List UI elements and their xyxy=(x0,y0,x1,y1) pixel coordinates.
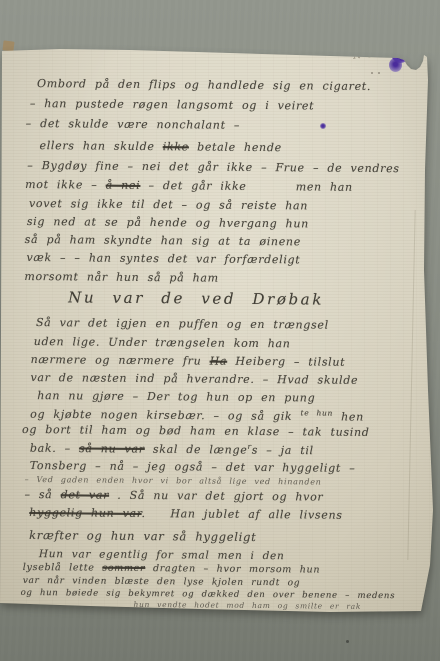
handwritten-text: te hun xyxy=(301,408,334,417)
handwritten-text: vovet sig ikke til det – og så reiste ha… xyxy=(29,197,308,212)
manuscript-line: var de næsten ind på hverandre. – Hvad s… xyxy=(30,371,358,387)
manuscript-line: Nu var de ved Drøbak xyxy=(68,288,324,308)
handwritten-text: – det skulde være nonchalant – xyxy=(26,117,241,132)
manuscript-line: og hun bøiede sig bekymret og dækked den… xyxy=(21,588,396,601)
handwritten-text: – Bygdøy fine – nei det går ikke – Frue … xyxy=(27,159,399,175)
handwritten-text: hen xyxy=(333,410,364,423)
struck-text: hyggelig hun var xyxy=(29,506,141,520)
handwritten-text: så på ham skyndte han sig at ta øinene xyxy=(25,233,301,248)
paper-sheet: N 575 Ombord på den flips og handlede si… xyxy=(0,0,440,661)
manuscript-line: Ombord på den flips og handlede sig en c… xyxy=(37,77,371,93)
handwritten-text: skal de længe xyxy=(145,443,248,457)
handwritten-text: uden lige. Under trængselen kom han xyxy=(34,335,291,350)
manuscript-line: hun vendte hodet mod ham og smilte er ra… xyxy=(133,600,361,611)
handwritten-text: lyseblå lette xyxy=(23,562,103,574)
manuscript-line: hyggelig hun var. Han jublet af alle liv… xyxy=(29,506,342,522)
manuscript-line: så på ham skyndte han sig at ta øinene xyxy=(25,233,301,248)
manuscript-line: – det skulde være nonchalant – xyxy=(26,117,241,132)
handwritten-text: . Så nu var det gjort og hvor xyxy=(109,489,323,504)
manuscript-line: mot ikke – å nei – det går ikke men han xyxy=(25,178,353,194)
handwritten-text: – han pustede røgen langsomt og i veiret xyxy=(30,97,315,112)
manuscript-line: sig ned at se på hende og hvergang hun xyxy=(27,215,309,230)
manuscript-line: væk – – han syntes det var forfærdeligt xyxy=(26,251,300,266)
manuscript-line: Så var det igjen en puffen og en trængse… xyxy=(36,316,329,332)
manuscript-line: ellers han skulde ikke betale hende xyxy=(39,139,281,154)
handwritten-text: var de næsten ind på hverandre. – Hvad s… xyxy=(30,371,358,387)
manuscript-line: uden lige. Under trængselen kom han xyxy=(34,335,291,350)
struck-text: det var xyxy=(61,488,110,501)
handwritten-text: bak. – xyxy=(30,442,79,455)
handwritten-text: morsomt når hun så på ham xyxy=(24,270,219,285)
handwritten-text: han nu gjøre – Der tog hun op en pung xyxy=(37,389,315,404)
handwritten-text: dragten – hvor morsom hun xyxy=(145,563,320,576)
handwritten-text: mot ikke – xyxy=(25,178,106,192)
manuscript-line: og kjøbte nogen kirsebær. – og så gik te… xyxy=(30,406,364,424)
handwritten-text: Ombord på den flips og handlede sig en c… xyxy=(37,77,371,93)
handwritten-text: Hun var egentlig for smal men i den xyxy=(39,548,285,562)
struck-text: å nei xyxy=(106,179,141,192)
manuscript-line: morsomt når hun så på ham xyxy=(24,270,219,285)
manuscript-text: Ombord på den flips og handlede sig en c… xyxy=(0,0,440,661)
struck-text: Ha xyxy=(210,355,228,368)
handwritten-text: var når vinden blæste den lyse kjolen ru… xyxy=(23,576,301,588)
manuscript-line: nærmere og nærmere fru Ha Heiberg – tils… xyxy=(31,353,346,369)
handwritten-text: og bort til ham og bød ham en klase – ta… xyxy=(22,423,370,439)
manuscript-line: lyseblå lette sommer dragten – hvor mors… xyxy=(23,562,320,576)
handwritten-text: sig ned at se på hende og hvergang hun xyxy=(27,215,309,230)
handwritten-text: kræfter og hun var så hyggeligt xyxy=(29,528,256,544)
handwritten-text: betale hende xyxy=(189,140,282,154)
struck-text: så nu var xyxy=(79,442,145,456)
handwritten-text: Tonsberg – nå – jeg også – det var hygge… xyxy=(30,459,356,475)
handwritten-text: og kjøbte nogen kirsebær. – og så gik xyxy=(30,408,300,423)
struck-text: ikke xyxy=(163,140,189,153)
manuscript-line: – Bygdøy fine – nei det går ikke – Frue … xyxy=(27,159,399,175)
manuscript-line: han nu gjøre – Der tog hun op en pung xyxy=(37,389,315,404)
manuscript-line: og bort til ham og bød ham en klase – ta… xyxy=(22,423,370,439)
handwritten-text: og hun bøiede sig bekymret og dækked den… xyxy=(21,588,396,601)
handwritten-text: ellers han skulde xyxy=(39,139,162,153)
manuscript-line: Hun var egentlig for smal men i den xyxy=(39,548,285,562)
handwritten-text: væk – – han syntes det var forfærdeligt xyxy=(26,251,300,266)
manuscript-line: kræfter og hun var så hyggeligt xyxy=(29,528,256,544)
manuscript-line: vovet sig ikke til det – og så reiste ha… xyxy=(29,197,308,212)
manuscript-line: – så det var . Så nu var det gjort og hv… xyxy=(24,488,323,504)
handwritten-text: – så xyxy=(24,488,60,501)
manuscript-line: bak. – så nu var skal de længers – ja ti… xyxy=(30,440,314,457)
manuscript-line: var når vinden blæste den lyse kjolen ru… xyxy=(23,576,301,588)
handwritten-text: Heiberg – tilslut xyxy=(227,355,345,369)
handwritten-text: . Han jublet af alle livsens xyxy=(142,507,343,522)
manuscript-line: – han pustede røgen langsomt og i veiret xyxy=(30,97,315,112)
manuscript-line: – Ved gaden enden hvor vi bor altså lige… xyxy=(25,475,322,487)
struck-text: sommer xyxy=(102,563,145,574)
handwritten-text: – det går ikke men han xyxy=(140,179,353,194)
handwritten-text: hun vendte hodet mod ham og smilte er ra… xyxy=(133,600,361,611)
manuscript-line: Tonsberg – nå – jeg også – det var hygge… xyxy=(30,459,356,475)
handwritten-text: s – ja til xyxy=(252,444,314,458)
manuscript-photo: N 575 Ombord på den flips og handlede si… xyxy=(0,0,440,661)
handwritten-text: – Ved gaden enden hvor vi bor altså lige… xyxy=(25,475,322,487)
handwritten-text: Nu var de ved Drøbak xyxy=(68,288,324,308)
handwritten-text: Så var det igjen en puffen og en trængse… xyxy=(36,316,329,332)
handwritten-text: nærmere og nærmere fru xyxy=(31,353,210,368)
paper-shadow-wrap: N 575 Ombord på den flips og handlede si… xyxy=(0,0,440,661)
